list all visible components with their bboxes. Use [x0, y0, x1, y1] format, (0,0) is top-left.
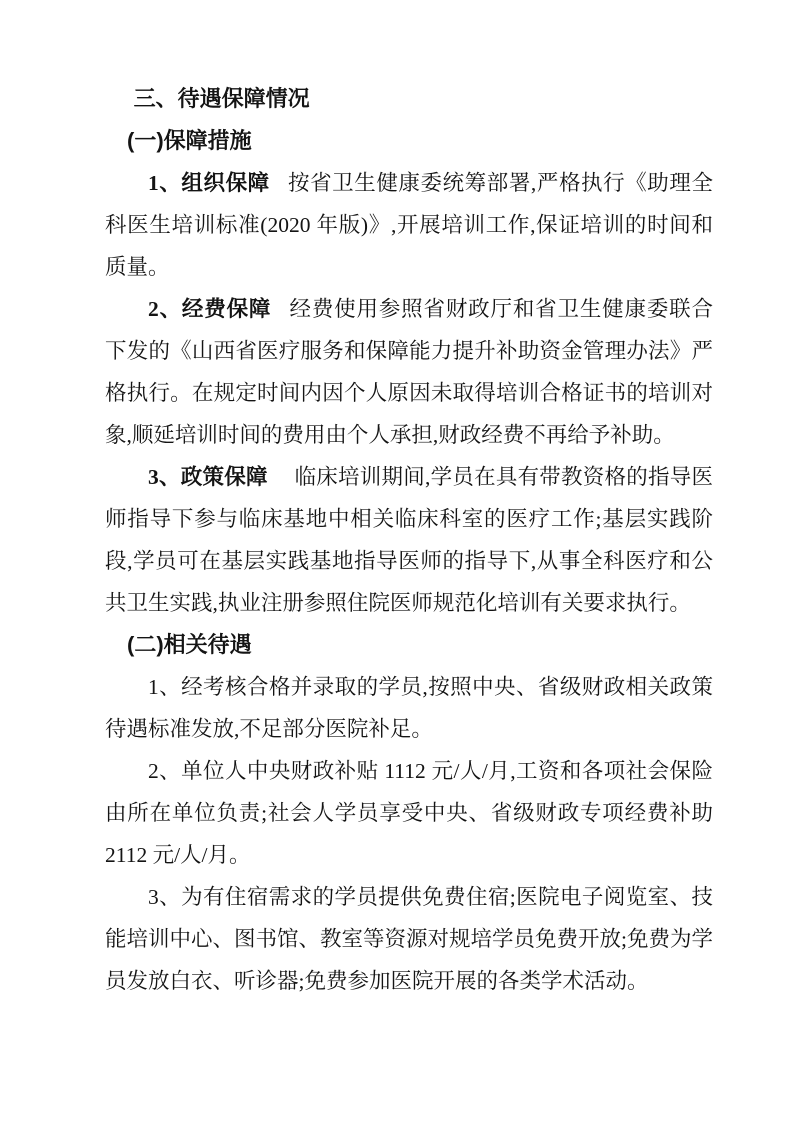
- section-heading-guarantee-measures: (一)保障措施: [105, 120, 713, 162]
- para-benefit-free-services-text: 3、为有住宿需求的学员提供免费住宿;医院电子阅览室、技能培训中心、图书馆、教室等…: [105, 885, 713, 993]
- para-organization-guarantee-label: 1、组织保障: [148, 171, 270, 195]
- para-organization-guarantee: 1、组织保障按省卫生健康委统筹部署,严格执行《助理全科医生培训标准(2020 年…: [105, 162, 713, 288]
- section-heading-related-benefits: (二)相关待遇: [105, 624, 713, 666]
- document-content: 三、待遇保障情况 (一)保障措施 1、组织保障按省卫生健康委统筹部署,严格执行《…: [105, 78, 713, 1002]
- para-benefit-free-services: 3、为有住宿需求的学员提供免费住宿;医院电子阅览室、技能培训中心、图书馆、教室等…: [105, 876, 713, 1002]
- para-policy-guarantee: 3、政策保障临床培训期间,学员在具有带教资格的指导医师指导下参与临床基地中相关临…: [105, 456, 713, 624]
- document-page: 三、待遇保障情况 (一)保障措施 1、组织保障按省卫生健康委统筹部署,严格执行《…: [0, 0, 793, 1122]
- para-funding-guarantee-label: 2、经费保障: [148, 297, 271, 321]
- main-heading: 三、待遇保障情况: [105, 78, 713, 120]
- para-policy-guarantee-label: 3、政策保障: [148, 465, 268, 489]
- para-benefit-subsidy-amounts: 2、单位人中央财政补贴 1112 元/人/月,工资和各项社会保险由所在单位负责;…: [105, 750, 713, 876]
- para-benefit-subsidy-amounts-text: 2、单位人中央财政补贴 1112 元/人/月,工资和各项社会保险由所在单位负责;…: [105, 759, 713, 867]
- para-funding-guarantee: 2、经费保障经费使用参照省财政厅和省卫生健康委联合下发的《山西省医疗服务和保障能…: [105, 288, 713, 456]
- para-benefit-stipend-policy-text: 1、经考核合格并录取的学员,按照中央、省级财政相关政策待遇标准发放,不足部分医院…: [105, 675, 713, 741]
- para-benefit-stipend-policy: 1、经考核合格并录取的学员,按照中央、省级财政相关政策待遇标准发放,不足部分医院…: [105, 666, 713, 750]
